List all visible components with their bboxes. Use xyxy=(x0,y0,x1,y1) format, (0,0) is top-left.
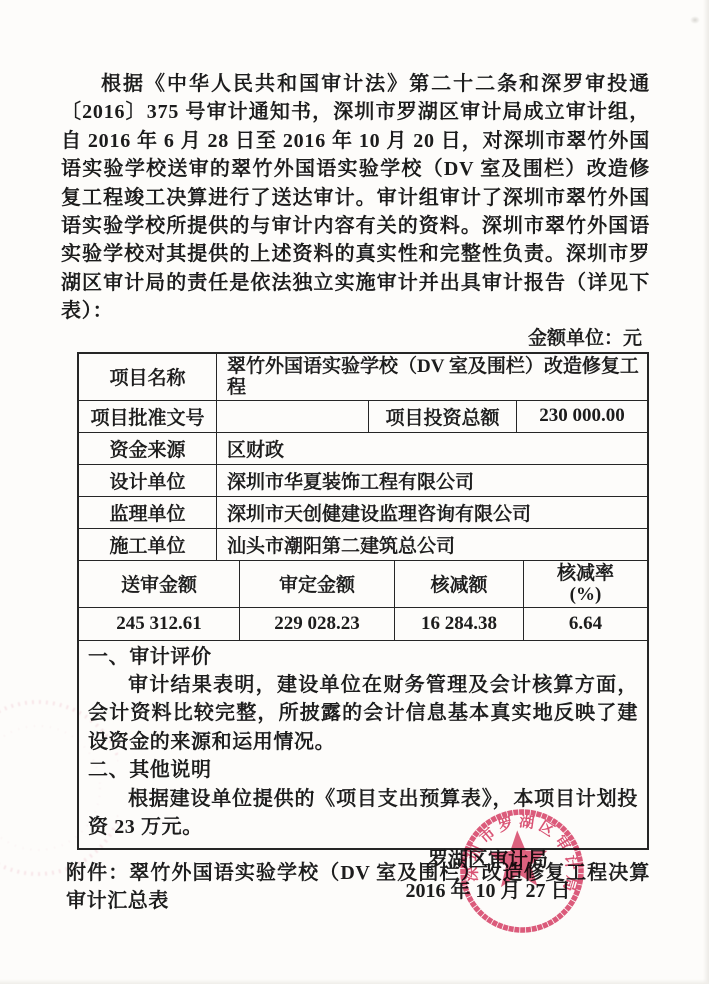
table-row-project-name: 项目名称 翠竹外国语实验学校（DV 室及围栏）改造修复工程 xyxy=(79,354,647,400)
table-row-approval: 项目批准文号 项目投资总额 230 000.00 xyxy=(79,400,647,432)
contractor-label: 施工单位 xyxy=(79,529,216,560)
project-name-value: 翠竹外国语实验学校（DV 室及围栏）改造修复工程 xyxy=(216,354,647,400)
designer-value: 深圳市华夏装饰工程有限公司 xyxy=(216,465,647,496)
designer-label: 设计单位 xyxy=(79,465,216,496)
official-seal: 深圳市罗湖区审计局 xyxy=(454,803,590,939)
table-row-supervisor: 监理单位 深圳市天创健建设监理咨询有限公司 xyxy=(79,496,647,528)
reduction-rate-header: 核减率 (%) xyxy=(523,561,647,607)
table-row-funding: 资金来源 区财政 xyxy=(79,432,647,464)
reduction-rate-value: 6.64 xyxy=(523,608,647,640)
table-row-contractor: 施工单位 汕头市潮阳第二建筑总公司 xyxy=(79,528,647,560)
scanned-audit-report-page: 根据《中华人民共和国审计法》第二十二条和深罗审投通〔2016〕375 号审计通知… xyxy=(0,0,709,984)
submitted-amount-header: 送审金额 xyxy=(79,561,239,607)
evaluation-section2-title: 二、其他说明 xyxy=(88,756,638,784)
table-row-amount-headers: 送审金额 审定金额 核减额 核减率 (%) xyxy=(79,560,647,607)
investment-label: 项目投资总额 xyxy=(368,401,516,432)
supervisor-label: 监理单位 xyxy=(79,497,216,528)
submitted-amount-value: 245 312.61 xyxy=(79,608,239,640)
investment-value: 230 000.00 xyxy=(516,401,647,432)
evaluation-section1-title: 一、审计评价 xyxy=(88,643,638,671)
funding-label: 资金来源 xyxy=(79,433,216,464)
approved-amount-header: 审定金额 xyxy=(239,561,394,607)
table-row-amount-values: 245 312.61 229 028.23 16 284.38 6.64 xyxy=(79,607,647,640)
approval-label: 项目批准文号 xyxy=(79,401,216,432)
approved-amount-value: 229 028.23 xyxy=(239,608,394,640)
amount-unit-note: 金额单位：元 xyxy=(61,327,650,350)
evaluation-section1-body: 审计结果表明，建设单位在财务管理及会计核算方面，会计资料比较完整，所披露的会计信… xyxy=(88,671,638,756)
funding-value: 区财政 xyxy=(216,433,647,464)
contractor-value: 汕头市潮阳第二建筑总公司 xyxy=(216,529,647,560)
audit-summary-table: 项目名称 翠竹外国语实验学校（DV 室及围栏）改造修复工程 项目批准文号 项目投… xyxy=(77,352,649,850)
document-body: 根据《中华人民共和国审计法》第二十二条和深罗审投通〔2016〕375 号审计通知… xyxy=(61,70,650,915)
reduction-amount-value: 16 284.38 xyxy=(394,608,523,640)
table-row-designer: 设计单位 深圳市华夏装饰工程有限公司 xyxy=(79,464,647,496)
intro-paragraph: 根据《中华人民共和国审计法》第二十二条和深罗审投通〔2016〕375 号审计通知… xyxy=(61,70,650,326)
supervisor-value: 深圳市天创健建设监理咨询有限公司 xyxy=(216,497,647,528)
reduction-amount-header: 核减额 xyxy=(394,561,523,607)
project-name-label: 项目名称 xyxy=(79,354,216,400)
scan-artifact xyxy=(690,16,700,24)
approval-value xyxy=(216,401,368,432)
